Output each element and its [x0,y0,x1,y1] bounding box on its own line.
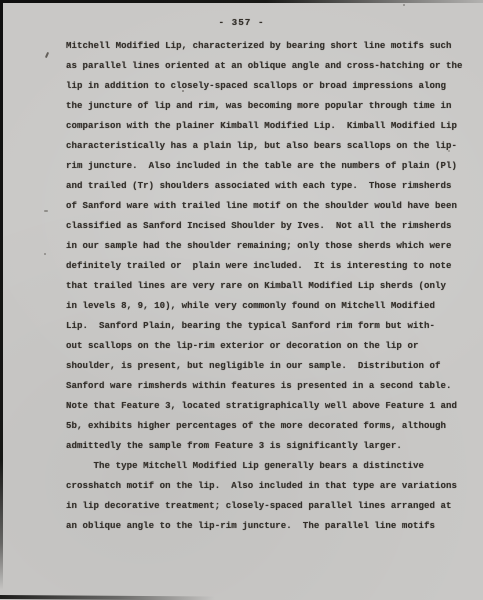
scan-speck [182,90,184,92]
text-line: the juncture of lip and rim, was becomin… [66,96,476,116]
text-line: Note that Feature 3, located stratigraph… [66,396,476,416]
page-text: Mitchell Modified Lip, characterized by … [66,36,476,536]
text-line: out scallops on the lip-rim exterior or … [66,336,476,356]
text-line: characteristically has a plain lip, but … [66,136,476,156]
page-number: - 357 - [0,13,483,33]
text-line: as parallel lines oriented at an oblique… [66,56,476,76]
scan-speck [44,210,48,212]
text-line: classified as Sanford Incised Shoulder b… [66,216,476,236]
text-line: The type Mitchell Modified Lip generally… [66,456,476,476]
text-line: an oblique angle to the lip-rim juncture… [66,516,476,536]
text-line: Lip. Sanford Plain, bearing the typical … [66,316,476,336]
text-line: crosshatch motif on the lip. Also includ… [66,476,476,496]
text-line: admittedly the sample from Feature 3 is … [66,436,476,456]
scan-speck [403,4,405,6]
text-line: 5b, exhibits higher percentages of the m… [66,416,476,436]
scan-speck [44,253,46,255]
text-line: and trailed (Tr) shoulders associated wi… [66,176,476,196]
scan-speck [448,150,450,152]
text-line: in lip decorative treatment; closely-spa… [66,496,476,516]
document-page: - 357 - Mitchell Modified Lip, character… [0,0,483,600]
text-line: comparison with the plainer Kimball Modi… [66,116,476,136]
scan-edge-bottom [0,595,215,600]
text-line: definitely trailed or plain were include… [66,256,476,276]
scan-speck [45,52,49,58]
text-line: in our sample had the shoulder remaining… [66,236,476,256]
text-line: in levels 8, 9, 10), while very commonly… [66,296,476,316]
text-line: rim juncture. Also included in the table… [66,156,476,176]
text-line: that trailed lines are very rare on Kimb… [66,276,476,296]
text-line: shoulder, is present, but negligible in … [66,356,476,376]
text-line: Sanford ware rimsherds within features i… [66,376,476,396]
text-line: lip in addition to closely-spaced scallo… [66,76,476,96]
scan-edge-top [0,0,483,3]
scan-edge-left [0,0,3,590]
text-line: Mitchell Modified Lip, characterized by … [66,36,476,56]
text-line: of Sanford ware with trailed line motif … [66,196,476,216]
